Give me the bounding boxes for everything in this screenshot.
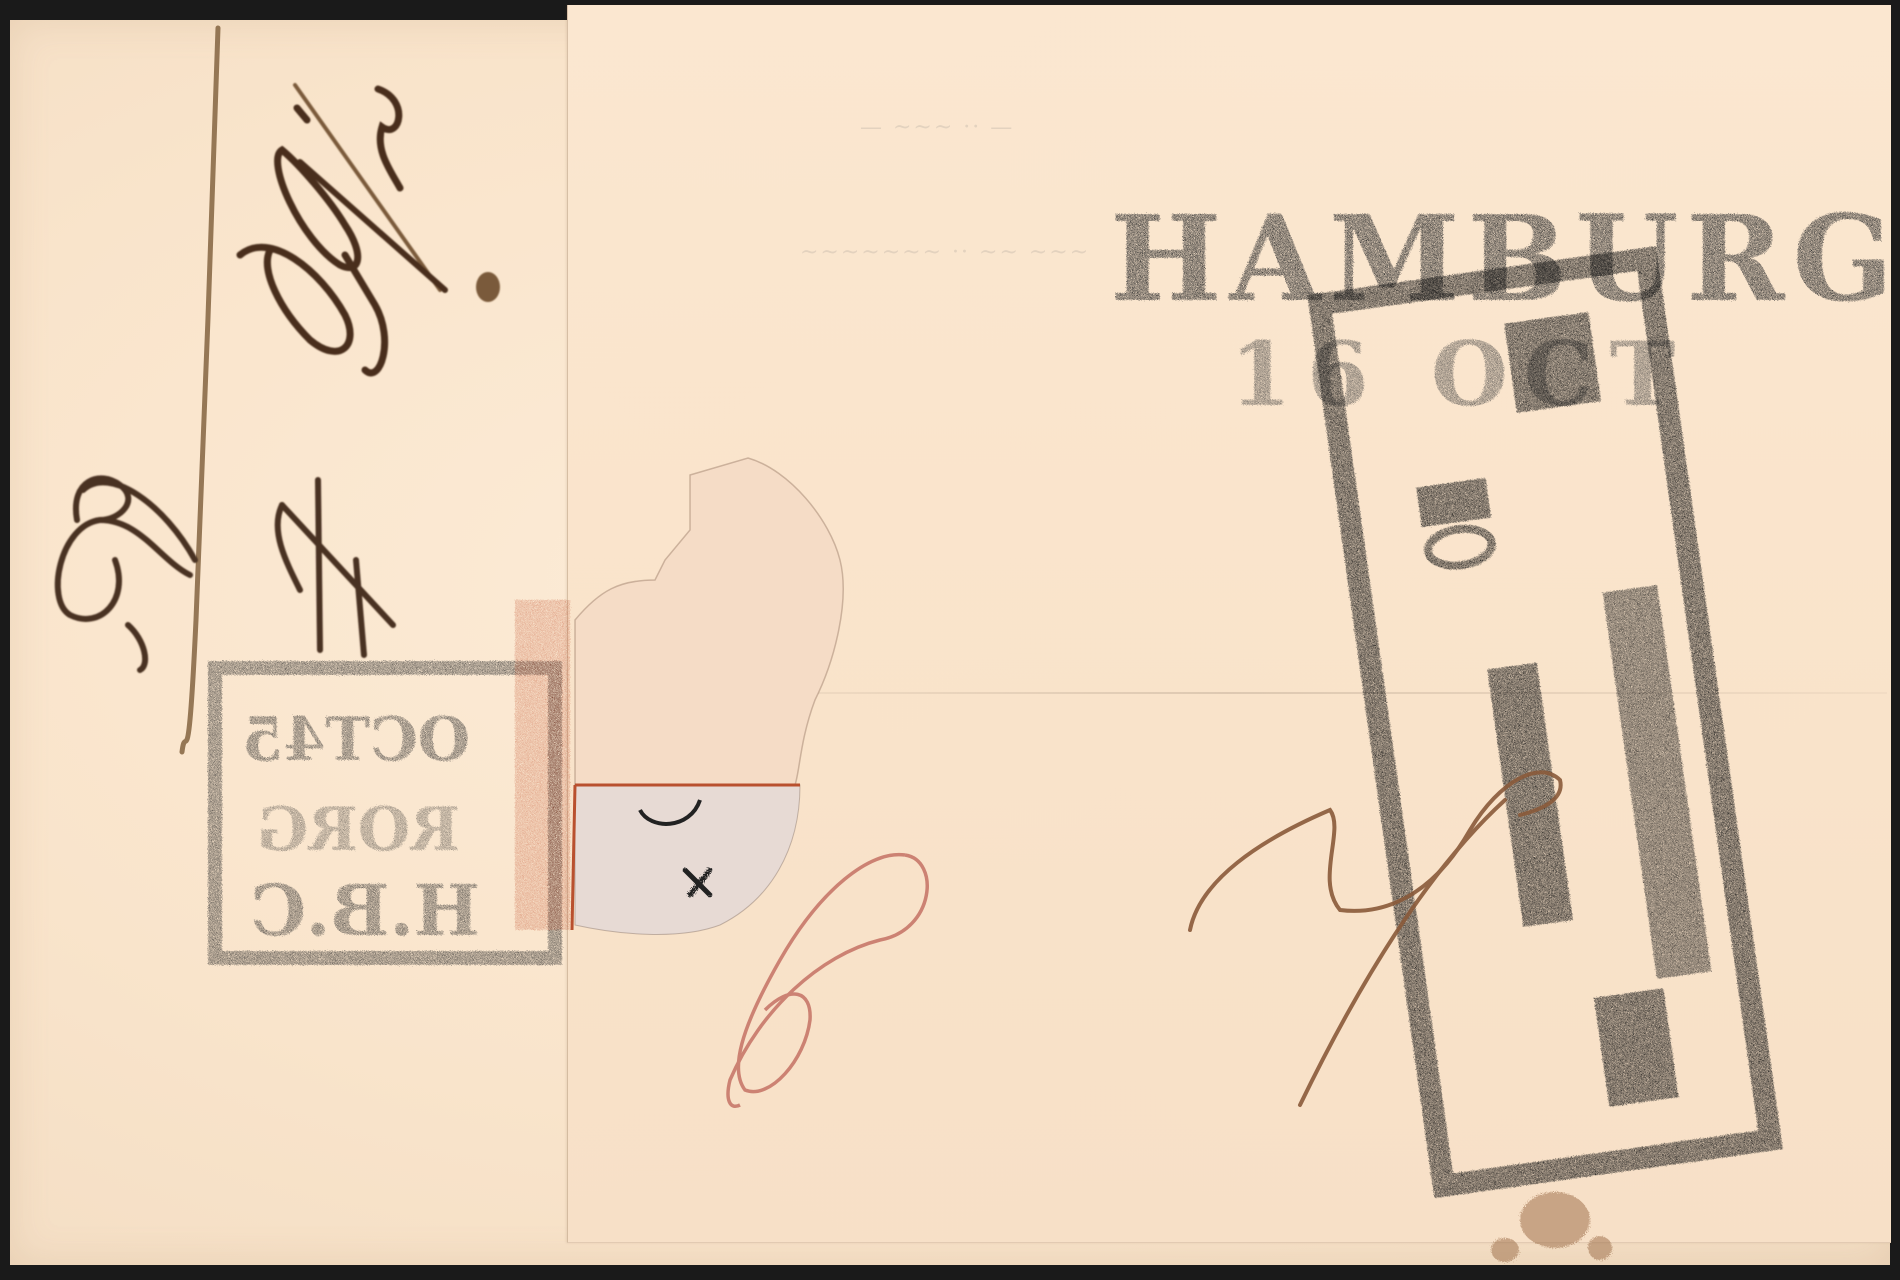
svg-text:H.B.C: H.B.C — [250, 869, 480, 952]
mirrored-date-text: OCT45 — [242, 705, 470, 775]
postmark-date-text: 16 OCT — [1230, 322, 1691, 426]
torn-seal — [515, 458, 843, 934]
ink-overlay: OCT45 RORG H.B.C HAMBURG 16 OCT — [0, 0, 1900, 1280]
mirrored-offset-box: OCT45 RORG H.B.C — [215, 668, 555, 958]
manuscript-rate-top — [240, 85, 500, 373]
hamburg-postmark: HAMBURG 16 OCT — [1110, 189, 1900, 426]
manuscript-hash — [278, 480, 393, 655]
svg-text:RORG: RORG — [257, 795, 460, 865]
manuscript-23 — [58, 478, 195, 670]
postal-cover-photo: — ~~~ ·· — ~~~~~~~ ·· ~~ ~~~ — [0, 0, 1900, 1280]
ink-stain — [1491, 1192, 1612, 1262]
manuscript-brown-scrawl — [1190, 772, 1561, 1105]
postmark-town-text: HAMBURG — [1110, 189, 1900, 328]
vertical-rule — [182, 28, 218, 752]
